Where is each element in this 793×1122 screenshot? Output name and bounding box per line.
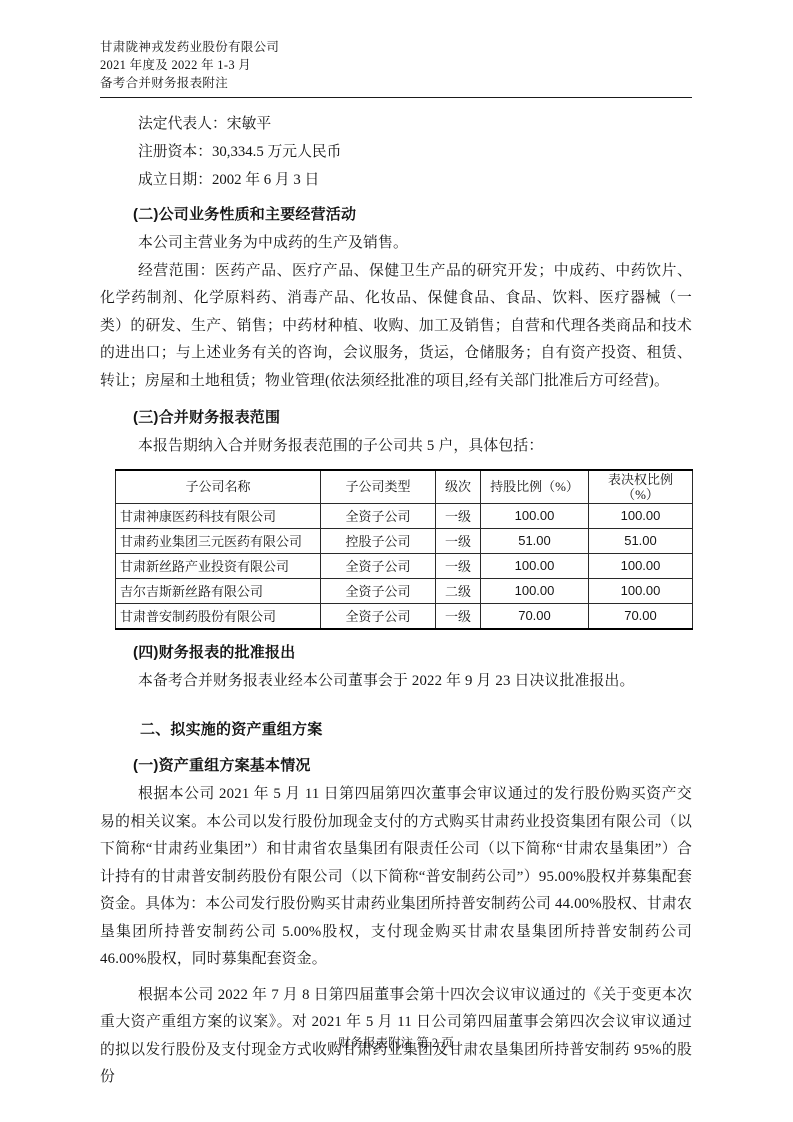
cell-subsidiary-name: 甘肃普安制药股份有限公司: [116, 603, 321, 629]
paragraph-scope-intro: 本报告期纳入合并财务报表范围的子公司共 5 户，具体包括：: [100, 433, 692, 461]
cell-subsidiary-type: 全资子公司: [321, 578, 436, 603]
table-row: 甘肃神康医药科技有限公司 全资子公司 一级 100.00 100.00: [116, 503, 693, 528]
cell-level: 一级: [436, 603, 481, 629]
col-header-subsidiary-type: 子公司类型: [321, 470, 436, 504]
paragraph-main-business: 本公司主营业务为中成药的生产及销售。: [100, 230, 692, 258]
heading-statement-approval: (四)财务报表的批准报出: [100, 642, 692, 664]
table-row: 吉尔吉斯新丝路有限公司 全资子公司 二级 100.00 100.00: [116, 578, 693, 603]
cell-shareholding-ratio: 100.00: [481, 578, 589, 603]
col-header-shareholding-ratio: 持股比例（%）: [481, 470, 589, 504]
registered-capital-line: 注册资本：30,334.5 万元人民币: [100, 138, 692, 166]
cell-subsidiary-type: 控股子公司: [321, 528, 436, 553]
paragraph-plan-detail-1: 根据本公司 2021 年 5 月 11 日第四届第四次董事会审议通过的发行股份购…: [100, 781, 692, 974]
table-row: 甘肃新丝路产业投资有限公司 全资子公司 一级 100.00 100.00: [116, 553, 693, 578]
cell-shareholding-ratio: 100.00: [481, 553, 589, 578]
footer-page-number: 财务报表附注 第 2 页: [338, 1036, 454, 1050]
subsidiaries-table: 子公司名称 子公司类型 级次 持股比例（%） 表决权比例（%） 甘肃神康医药科技…: [115, 469, 693, 630]
cell-level: 二级: [436, 578, 481, 603]
cell-subsidiary-type: 全资子公司: [321, 503, 436, 528]
cell-voting-ratio: 100.00: [589, 578, 693, 603]
cell-subsidiary-name: 甘肃新丝路产业投资有限公司: [116, 553, 321, 578]
paragraph-business-scope: 经营范围：医药产品、医疗产品、保健卫生产品的研究开发；中成药、中药饮片、化学药制…: [100, 258, 692, 396]
company-name: 甘肃陇神戎发药业股份有限公司: [100, 38, 692, 56]
heading-restructuring-plan: 二、拟实施的资产重组方案: [100, 719, 692, 741]
cell-subsidiary-type: 全资子公司: [321, 603, 436, 629]
page-footer: 财务报表附注 第 2 页: [100, 1034, 692, 1052]
cell-voting-ratio: 100.00: [589, 553, 693, 578]
col-header-level: 级次: [436, 470, 481, 504]
col-header-subsidiary-name: 子公司名称: [116, 470, 321, 504]
cell-voting-ratio: 70.00: [589, 603, 693, 629]
heading-plan-basics: (一)资产重组方案基本情况: [100, 755, 692, 777]
cell-subsidiary-name: 吉尔吉斯新丝路有限公司: [116, 578, 321, 603]
cell-shareholding-ratio: 70.00: [481, 603, 589, 629]
page-content: 甘肃陇神戎发药业股份有限公司 2021 年度及 2022 年 1-3 月 备考合…: [100, 0, 692, 1092]
legal-representative-line: 法定代表人：宋敏平: [100, 110, 692, 138]
report-title: 备考合并财务报表附注: [100, 74, 692, 92]
table-row: 甘肃药业集团三元医药有限公司 控股子公司 一级 51.00 51.00: [116, 528, 693, 553]
cell-level: 一级: [436, 553, 481, 578]
paragraph-approval: 本备考合并财务报表业经本公司董事会于 2022 年 9 月 23 日决议批准报出…: [100, 668, 692, 696]
col-header-voting-ratio: 表决权比例（%）: [589, 470, 693, 504]
cell-level: 一级: [436, 528, 481, 553]
cell-subsidiary-type: 全资子公司: [321, 553, 436, 578]
report-period: 2021 年度及 2022 年 1-3 月: [100, 56, 692, 74]
report-header: 甘肃陇神戎发药业股份有限公司 2021 年度及 2022 年 1-3 月 备考合…: [100, 0, 692, 98]
cell-subsidiary-name: 甘肃神康医药科技有限公司: [116, 503, 321, 528]
cell-shareholding-ratio: 51.00: [481, 528, 589, 553]
cell-level: 一级: [436, 503, 481, 528]
document-page: 甘肃陇神戎发药业股份有限公司 2021 年度及 2022 年 1-3 月 备考合…: [0, 0, 793, 1122]
heading-business-nature: (二)公司业务性质和主要经营活动: [100, 204, 692, 226]
cell-voting-ratio: 51.00: [589, 528, 693, 553]
heading-consolidation-scope: (三)合并财务报表范围: [100, 407, 692, 429]
table-row: 甘肃普安制药股份有限公司 全资子公司 一级 70.00 70.00: [116, 603, 693, 629]
company-info-block: 法定代表人：宋敏平 注册资本：30,334.5 万元人民币 成立日期：2002 …: [100, 110, 692, 194]
cell-subsidiary-name: 甘肃药业集团三元医药有限公司: [116, 528, 321, 553]
establish-date-line: 成立日期：2002 年 6 月 3 日: [100, 166, 692, 194]
table-header-row: 子公司名称 子公司类型 级次 持股比例（%） 表决权比例（%）: [116, 470, 693, 504]
cell-shareholding-ratio: 100.00: [481, 503, 589, 528]
cell-voting-ratio: 100.00: [589, 503, 693, 528]
